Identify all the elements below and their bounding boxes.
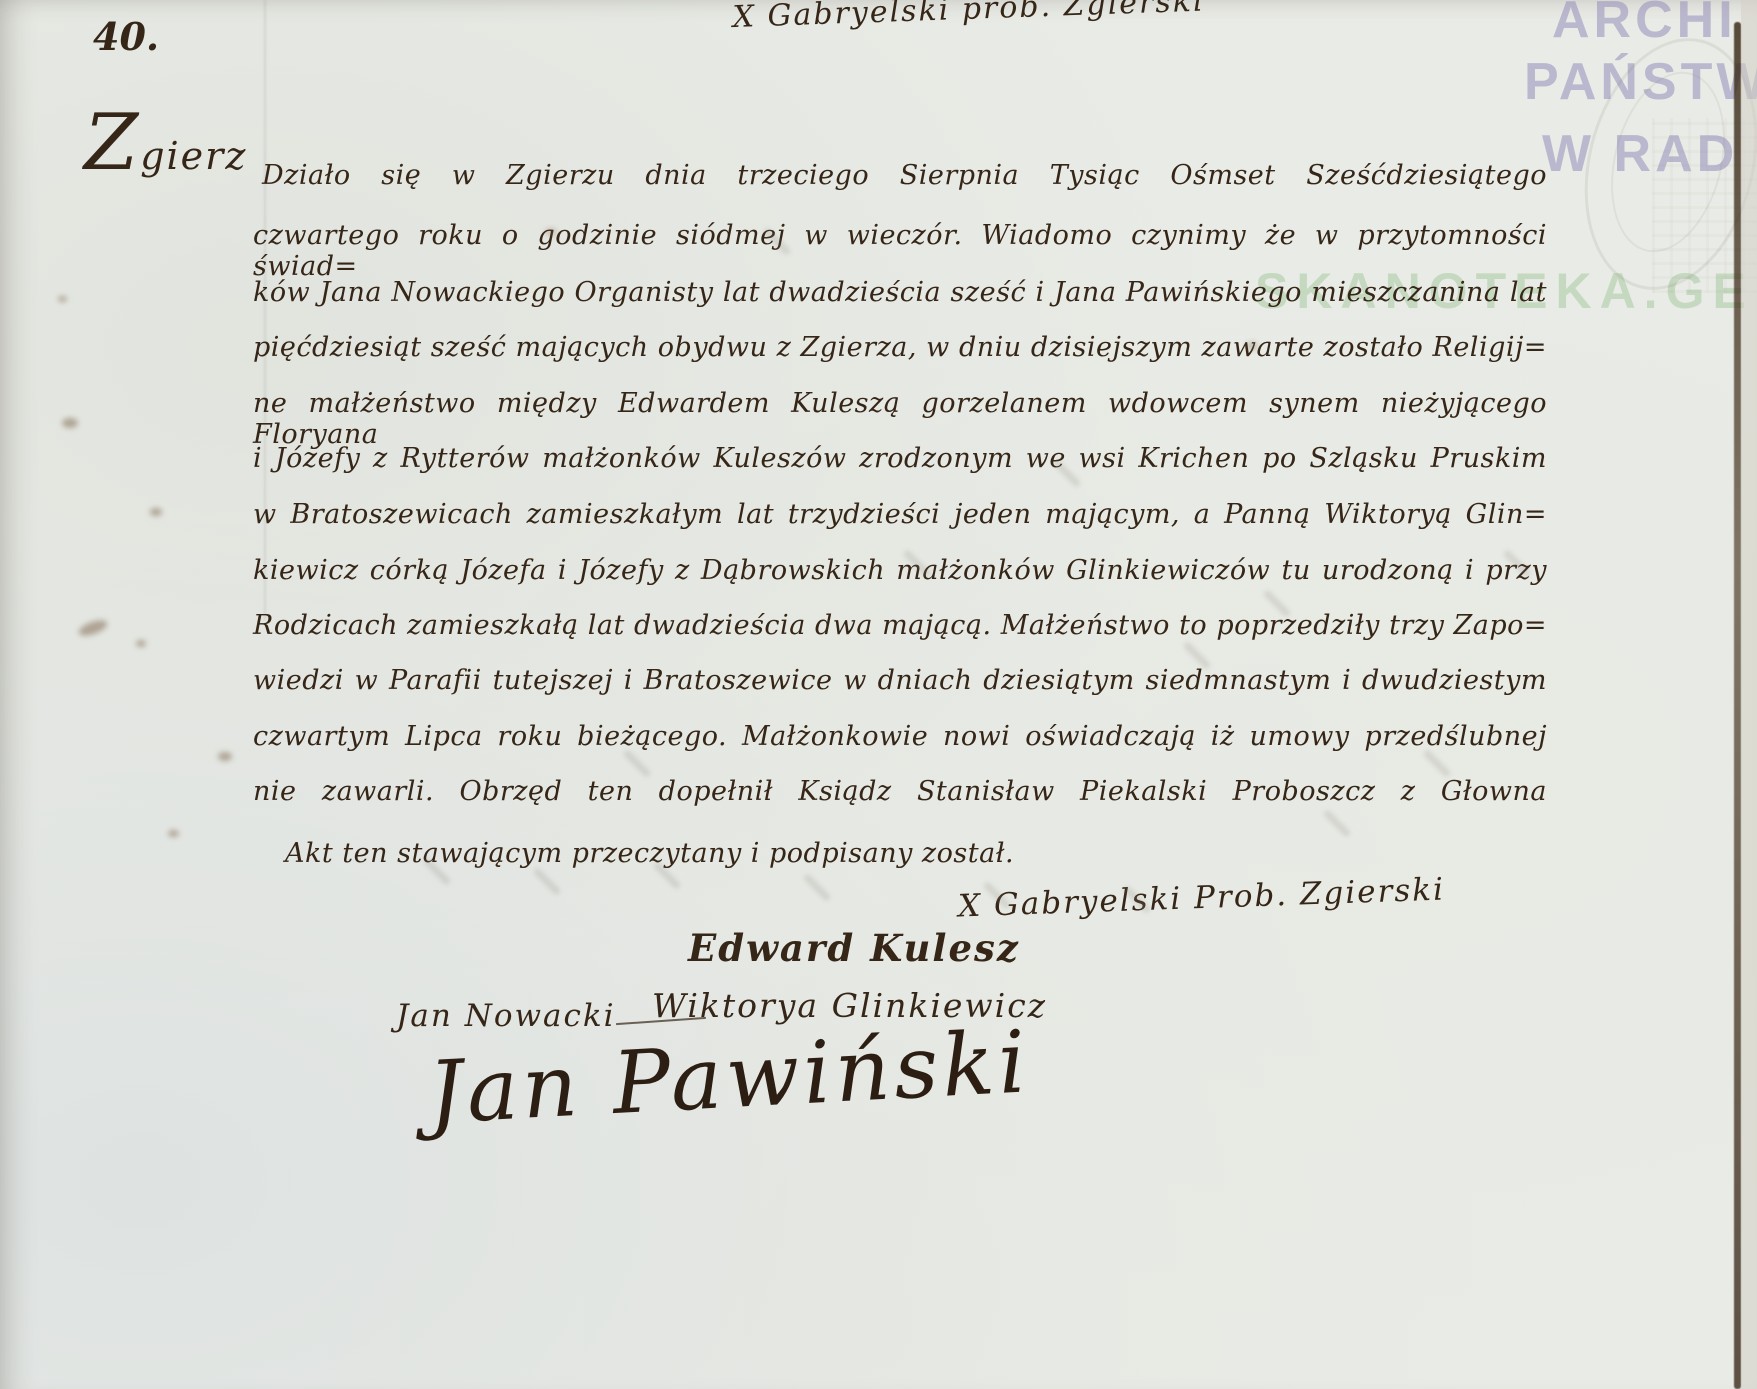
ink-stain — [136, 640, 146, 647]
ink-stain — [545, 228, 557, 236]
signature-groom: Edward Kulesz — [688, 926, 1020, 970]
manuscript-line: ków Jana Nowackiego Organisty lat dwadzi… — [253, 277, 1547, 308]
ink-stain — [77, 617, 109, 639]
ink-stain — [150, 508, 162, 516]
manuscript-line: wiedzi w Parafii tutejszej i Bratoszewic… — [253, 665, 1547, 696]
top-priest-annotation: X Gabryelski prob. Zgierski — [732, 0, 1205, 35]
ink-stain — [218, 752, 232, 761]
smudge — [803, 873, 832, 902]
act-number: 40. — [93, 14, 159, 59]
smudge — [1323, 809, 1352, 838]
manuscript-line: w Bratoszewicach zamieszkałym lat trzydz… — [253, 499, 1547, 530]
page-edge — [1741, 0, 1757, 1389]
manuscript-line: ne małżeństwo między Edwardem Kuleszą go… — [253, 388, 1547, 450]
ink-stain — [168, 830, 179, 837]
manuscript-line: Działo się w Zgierzu dnia trzeciego Sier… — [262, 160, 1547, 191]
manuscript-line: i Józefy z Rytterów małżonków Kuleszów z… — [253, 443, 1547, 474]
manuscript-line: czwartym Lipca roku bieżącego. Małżonkow… — [253, 721, 1547, 752]
ink-stain — [1246, 342, 1258, 350]
manuscript-line: czwartego roku o godzinie siódmej w wiec… — [253, 220, 1547, 282]
ink-stain — [62, 418, 78, 428]
manuscript-line: Rodzicach zamieszkałą lat dwadzieścia dw… — [253, 610, 1547, 641]
manuscript-line: kiewicz córką Józefa i Józefy z Dąbrowsk… — [253, 555, 1547, 586]
scanned-marriage-record: ARCHI PAŃSTW W RAD SKANOTEKA.GE 40. X Ga… — [0, 0, 1757, 1389]
smudge — [623, 749, 652, 778]
manuscript-line: Akt ten stawającym przeczytany i podpisa… — [285, 838, 1185, 869]
margin-place-name: Zgierz — [84, 122, 247, 178]
manuscript-line: nie zawarli. Obrzęd ten dopełnił Ksiądz … — [253, 776, 1547, 807]
manuscript-line: pięćdziesiąt sześć mających obydwu z Zgi… — [253, 332, 1547, 363]
smudge — [1423, 749, 1452, 778]
binding-edge — [1734, 22, 1741, 1389]
signature-priest: X Gabryelski Prob. Zgierski — [958, 872, 1446, 925]
signature-witness-nowacki: Jan Nowacki — [396, 998, 616, 1034]
ink-stain — [58, 296, 67, 302]
smudge — [533, 867, 562, 896]
